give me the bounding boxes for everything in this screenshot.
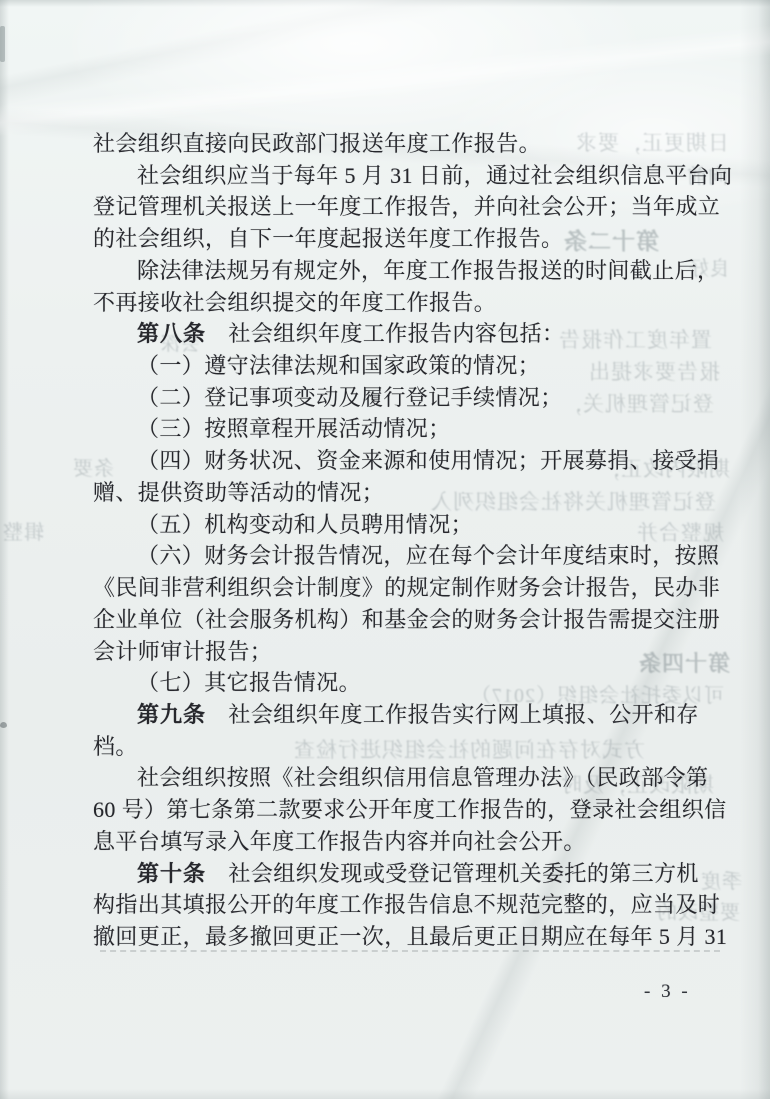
ghost-text-fragment: 季度 [700,865,742,894]
doc-line-article-10: 第十条 社会组织发现或受登记管理机关委托的第三方机 [93,858,699,890]
doc-line: 《民间非营利组织会计制度》的规定制作财务会计报告，民办非 [93,572,699,604]
page-number: - 3 - [644,981,691,1003]
ghost-text-fragment: 辑整 [2,516,44,545]
scan-speck [0,722,7,728]
doc-line: 除法律法规另有规定外，年度工作报告报送的时间截止后， [93,255,699,287]
doc-line: （七）其它报告情况。 [93,667,699,699]
article-number: 第十条 [137,861,206,886]
doc-line: 档。 [93,731,699,763]
doc-line: 社会组织应当于每年 5 月 31 日前，通过社会组织信息平台向 [93,160,699,192]
doc-line: （四）财务状况、资金来源和使用情况；开展募捐、接受捐 [93,445,699,477]
doc-line: 会计师审计报告； [93,636,699,668]
doc-line: 息平台填写录入年度工作报告内容并向社会公开。 [93,826,699,858]
doc-line: （二）登记事项变动及履行登记手续情况； [93,382,699,414]
doc-line: 企业单位（社会服务机构）和基金会的财务会计报告需提交注册 [93,604,699,636]
doc-line: 撤回更正，最多撤回更正一次，且最后更正日期应在每年 5 月 31 [93,921,699,953]
doc-line: 不再接收社会组织提交的年度工作报告。 [93,287,699,319]
doc-line: （一）遵守法律法规和国家政策的情况； [93,350,699,382]
document-text-block: 社会组织直接向民政部门报送年度工作报告。 社会组织应当于每年 5 月 31 日前… [93,128,699,953]
doc-line: （六）财务会计报告情况，应在每个会计年度结束时，按照 [93,540,699,572]
doc-line-article-8: 第八条 社会组织年度工作报告内容包括： [93,318,699,350]
article-number: 第八条 [137,321,206,346]
doc-line-article-9: 第九条 社会组织年度工作报告实行网上填报、公开和存 [93,699,699,731]
doc-line: 赠、提供资助等活动的情况； [93,477,699,509]
doc-line: 登记管理机关报送上一年度工作报告，并向社会公开；当年成立 [93,191,699,223]
doc-line: （三）按照章程开展活动情况； [93,413,699,445]
doc-line: 社会组织直接向民政部门报送年度工作报告。 [93,128,699,160]
scanned-document-page: 日期更正，要求 向前 第十二条 良好 置年度工作报告 报告要求提出 登记管理机关… [0,0,770,1099]
scan-edge-mark [0,26,5,62]
doc-line: 构指出其填报公开的年度工作报告信息不规范完整的，应当及时 [93,889,699,921]
doc-line: 社会组织按照《社会组织信用信息管理办法》（民政部令第 [93,762,699,794]
doc-line: 60 号）第七条第二款要求公开年度工作报告的，登录社会组织信 [93,794,699,826]
doc-line: 的社会组织，自下一年度起报送年度工作报告。 [93,223,699,255]
doc-line: （五）机构变动和人员聘用情况； [93,509,699,541]
article-number: 第九条 [137,702,206,727]
